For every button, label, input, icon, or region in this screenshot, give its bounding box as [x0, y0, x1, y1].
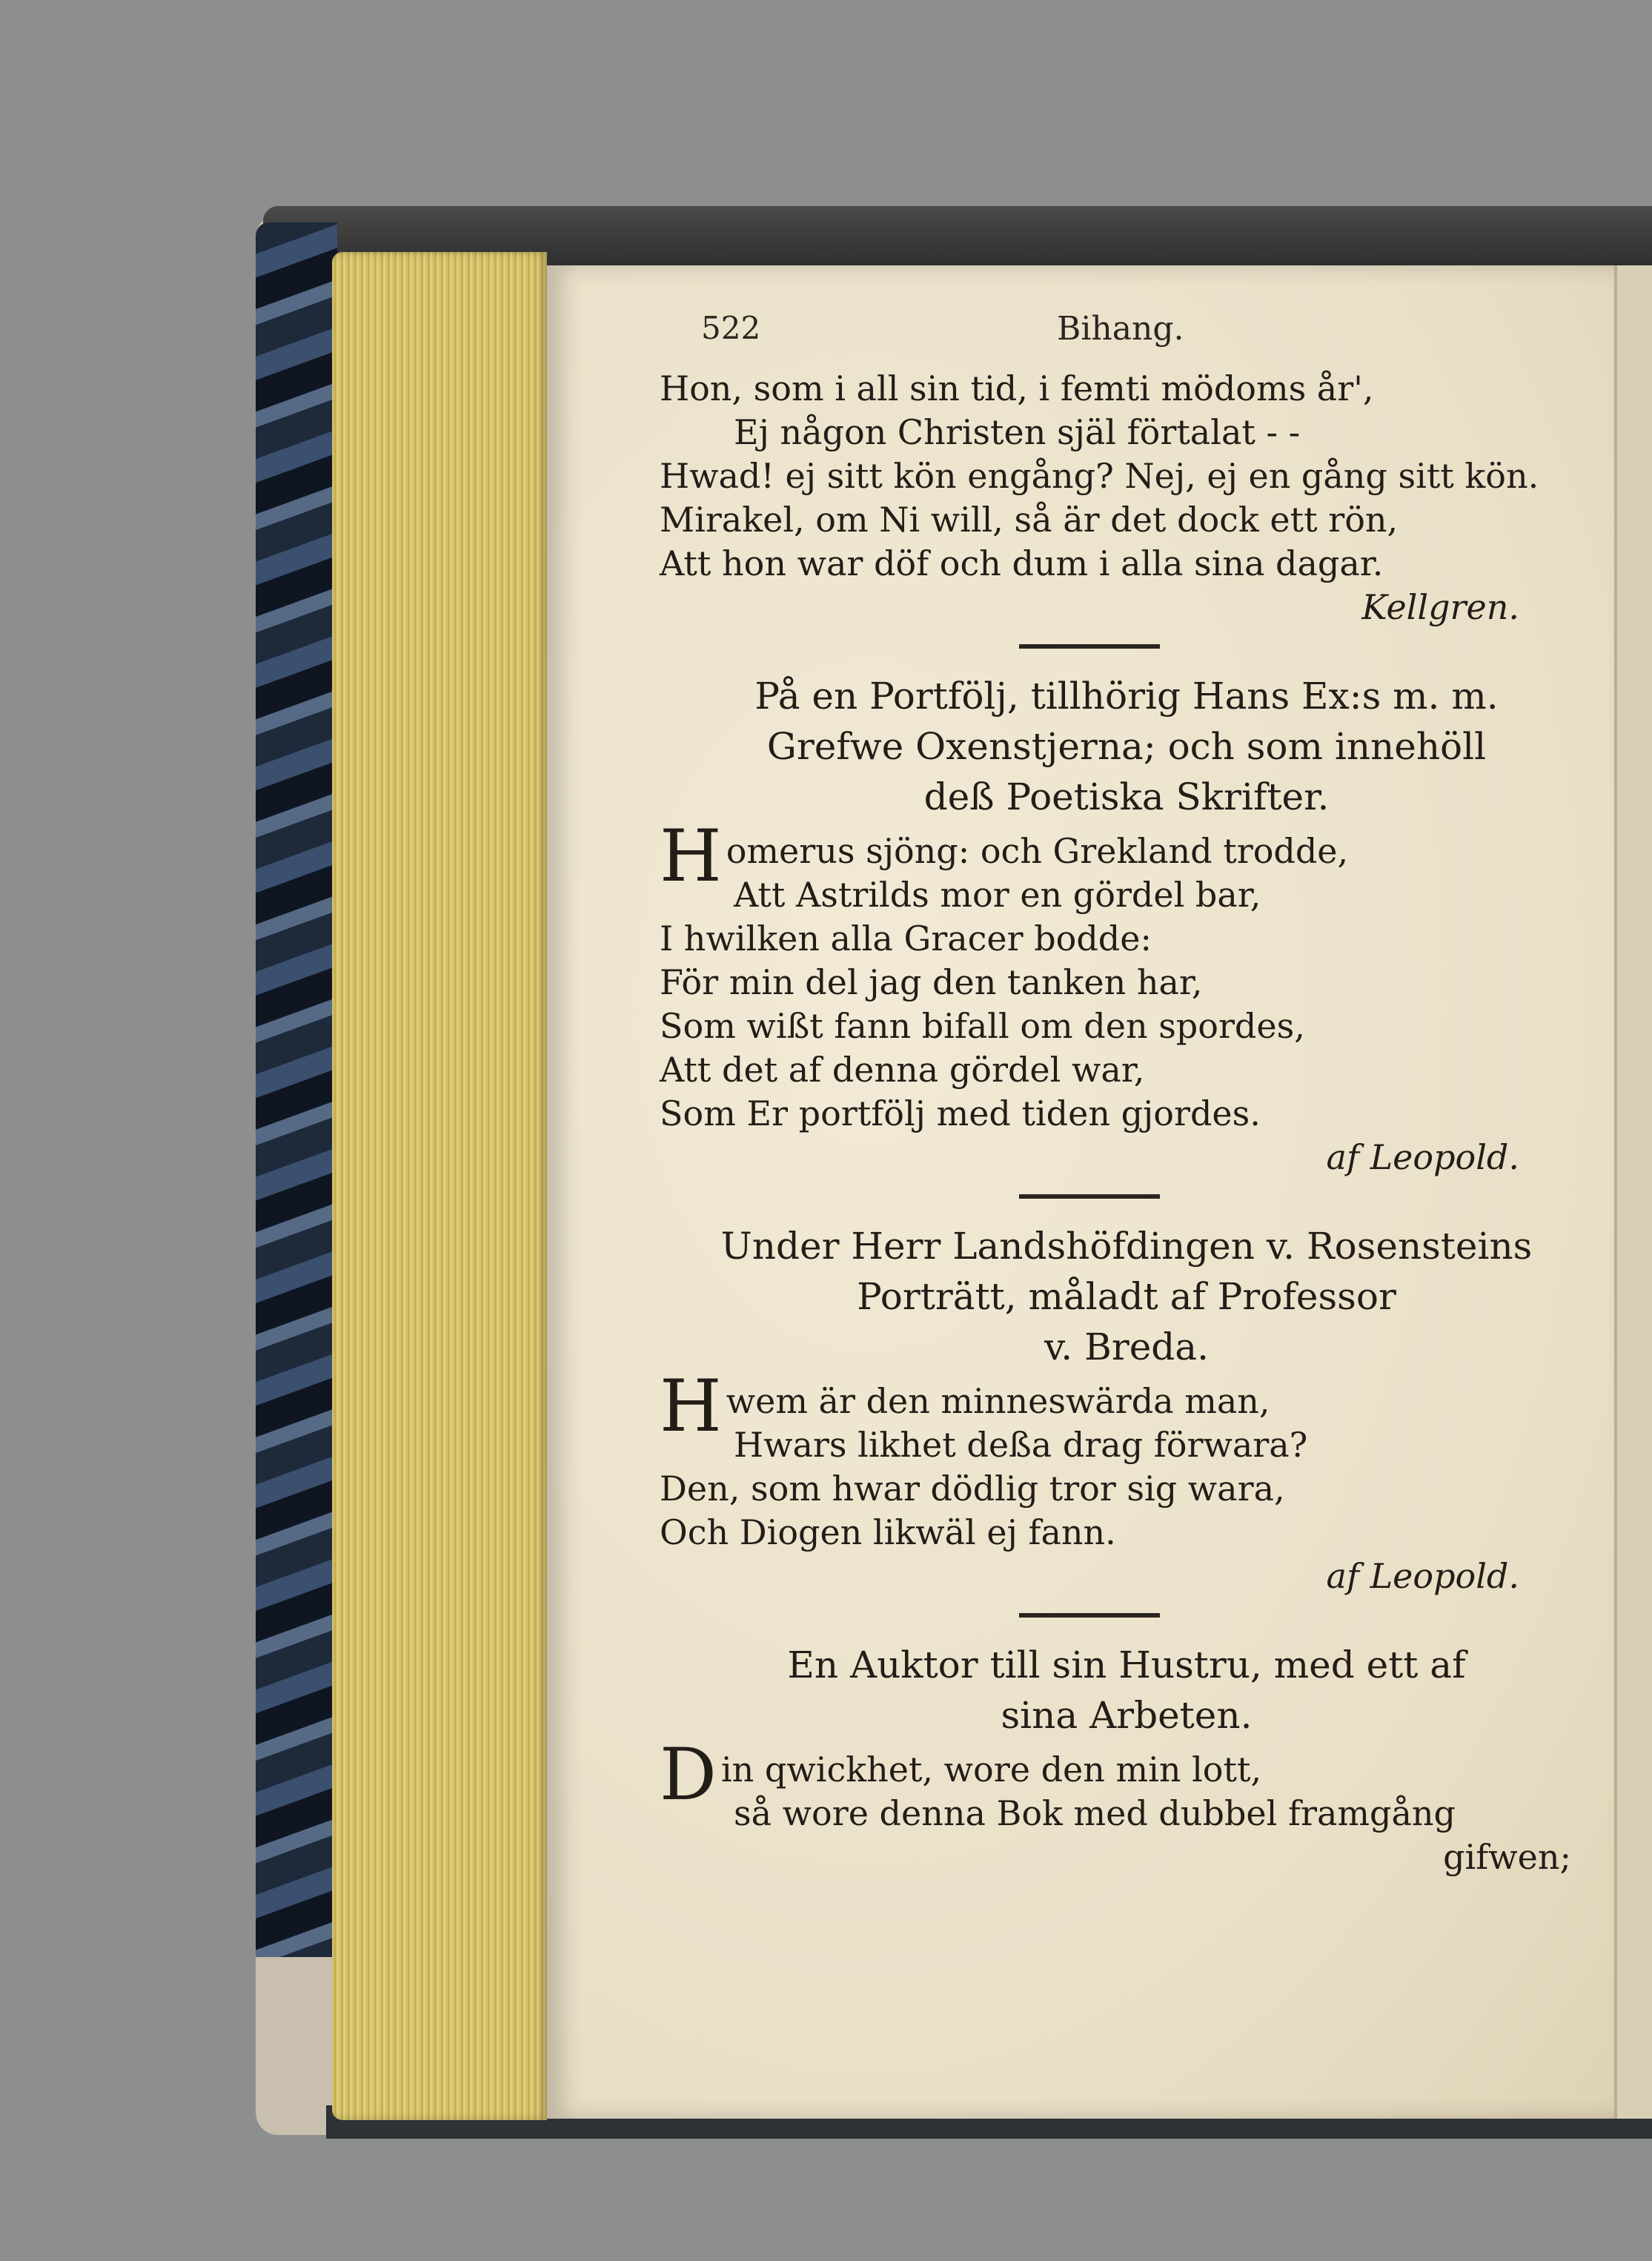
- poem-title: En Auktor till sin Hustru, med ett af si…: [660, 1640, 1593, 1741]
- verse-line: D in qwickhet, wore den min lott,: [660, 1748, 1593, 1792]
- poem-auktor: En Auktor till sin Hustru, med ett af si…: [660, 1640, 1593, 1879]
- verse-line: Den, som hwar dödlig tror sig wara,: [660, 1467, 1593, 1511]
- stanza: H omerus sjöng: och Grekland trodde, Att…: [660, 830, 1593, 1179]
- verse-text: wem är den minneswärda man,: [726, 1381, 1270, 1421]
- verse-line: I hwilken alla Gracer bodde:: [660, 917, 1593, 961]
- verse-line: Hwars likhet deßa drag förwara?: [660, 1423, 1593, 1467]
- title-line: Grefwe Oxenstjerna; och som innehöll: [660, 721, 1593, 772]
- title-line: v. Breda.: [660, 1322, 1593, 1372]
- section-divider: [1019, 1613, 1160, 1618]
- verse-line: Hwad! ej sitt kön engång? Nej, ej en gån…: [660, 454, 1593, 498]
- verse-line: Att Astrilds mor en gördel bar,: [660, 873, 1593, 917]
- verse-line: H omerus sjöng: och Grekland trodde,: [660, 830, 1593, 873]
- facing-page-edge: [1614, 265, 1652, 2119]
- poem-portfolj: På en Portfölj, tillhörig Hans Ex:s m. m…: [660, 671, 1593, 1179]
- drop-cap: H: [660, 1384, 722, 1429]
- verse-line: gifwen;: [660, 1835, 1593, 1879]
- title-line: En Auktor till sin Hustru, med ett af: [660, 1640, 1593, 1690]
- page-header: 522 Bihang.: [701, 310, 1516, 354]
- section-divider: [1019, 644, 1160, 649]
- verse-line: Ej någon Christen själ förtalat - -: [660, 411, 1593, 454]
- poem-title: Under Herr Landshöfdingen v. Rosensteins…: [660, 1221, 1593, 1372]
- title-line: På en Portfölj, tillhörig Hans Ex:s m. m…: [660, 671, 1593, 721]
- verse-line: Som Er portfölj med tiden gjordes.: [660, 1092, 1593, 1136]
- author-signature: Kellgren.: [660, 586, 1593, 629]
- title-line: sina Arbeten.: [660, 1690, 1593, 1741]
- poem-rosenstein: Under Herr Landshöfdingen v. Rosensteins…: [660, 1221, 1593, 1598]
- verse-line: så wore denna Bok med dubbel framgång: [660, 1792, 1593, 1835]
- page-number: 522: [701, 310, 760, 346]
- title-line: deß Poetiska Skrifter.: [660, 772, 1593, 822]
- verse-line: Att det af denna gördel war,: [660, 1048, 1593, 1092]
- verse-line: För min del jag den tanken har,: [660, 961, 1593, 1004]
- drop-cap: D: [660, 1752, 717, 1797]
- book-spine-marbled: [256, 222, 337, 2128]
- page-edges-gilt: [332, 252, 547, 2120]
- page-content: Hon, som i all sin tid, i femti mödoms å…: [660, 367, 1593, 1879]
- verse-line: Hon, som i all sin tid, i femti mödoms å…: [660, 367, 1593, 411]
- author-signature: af Leopold.: [660, 1555, 1593, 1598]
- verse-line: Mirakel, om Ni will, så är det dock ett …: [660, 498, 1593, 542]
- section-divider: [1019, 1194, 1160, 1199]
- running-head: Bihang.: [1057, 310, 1184, 348]
- verse-text: in qwickhet, wore den min lott,: [721, 1749, 1261, 1790]
- author-signature: af Leopold.: [660, 1136, 1593, 1179]
- verse-line: Som wißt fann bifall om den spordes,: [660, 1004, 1593, 1048]
- title-line: Porträtt, måladt af Professor: [660, 1271, 1593, 1322]
- verse-line: Att hon war döf och dum i alla sina daga…: [660, 542, 1593, 586]
- stanza: D in qwickhet, wore den min lott, så wor…: [660, 1748, 1593, 1879]
- stanza: H wem är den minneswärda man, Hwars likh…: [660, 1380, 1593, 1598]
- title-line: Under Herr Landshöfdingen v. Rosensteins: [660, 1221, 1593, 1271]
- poem-title: På en Portfölj, tillhörig Hans Ex:s m. m…: [660, 671, 1593, 822]
- verse-line: H wem är den minneswärda man,: [660, 1380, 1593, 1423]
- poem-kellgren: Hon, som i all sin tid, i femti mödoms å…: [660, 367, 1593, 629]
- verse-text: omerus sjöng: och Grekland trodde,: [726, 831, 1348, 871]
- verse-line: Och Diogen likwäl ej fann.: [660, 1511, 1593, 1555]
- drop-cap: H: [660, 834, 722, 878]
